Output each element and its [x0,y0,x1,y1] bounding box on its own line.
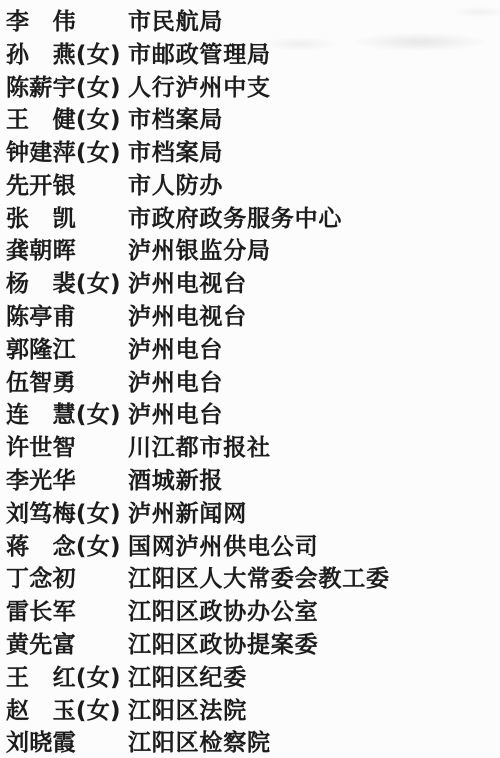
person-name: 李 伟 [6,3,128,36]
person-org: 江阳区人大常委会教工委 [128,560,390,593]
roster-row: 雷长军 江阳区政协办公室 [6,593,500,626]
person-name: 张 凯 [6,200,128,233]
person-name: 黄先富 [6,626,128,659]
person-name: 连 慧(女) [6,396,128,429]
roster-row: 王 红(女) 江阳区纪委 [6,659,500,692]
person-name: 许世智 [6,429,128,462]
person-name: 李光华 [6,462,128,495]
person-name: 刘晓霞 [6,724,128,757]
roster-row: 郭隆江 泸州电台 [6,331,500,364]
person-org: 市档案局 [128,101,223,134]
person-org: 泸州电台 [128,331,223,364]
roster-row: 蒋 念(女) 国网泸州供电公司 [6,528,500,561]
roster-row: 王 健(女) 市档案局 [6,101,500,134]
person-name: 王 红(女) [6,659,128,692]
person-name: 钟建萍(女) [6,134,128,167]
person-org: 川江都市报社 [128,429,271,462]
roster-row: 龚朝晖 泸州银监分局 [6,233,500,266]
person-name: 丁念初 [6,560,128,593]
person-org: 人行泸州中支 [128,69,271,102]
person-name: 蒋 念(女) [6,528,128,561]
roster-row: 孙 燕(女) 市邮政管理局 [6,36,500,69]
person-name: 孙 燕(女) [6,36,128,69]
roster-row: 李光华 酒城新报 [6,462,500,495]
person-org: 国网泸州供电公司 [128,528,318,561]
roster-row: 先开银 市人防办 [6,167,500,200]
person-org: 市政府政务服务中心 [128,200,342,233]
roster-row: 张 凯 市政府政务服务中心 [6,200,500,233]
person-org: 市邮政管理局 [128,36,271,69]
person-org: 江阳区检察院 [128,724,271,757]
roster-row: 丁念初 江阳区人大常委会教工委 [6,561,500,594]
person-org: 泸州新闻网 [128,495,247,528]
person-org: 江阳区政协提案委 [128,626,318,659]
document-page: 李 伟 市民航局 孙 燕(女) 市邮政管理局 陈薪宇(女) 人行泸州中支 王 健… [0,0,500,758]
roster-row: 伍智勇 泸州电台 [6,364,500,397]
roster-list: 李 伟 市民航局 孙 燕(女) 市邮政管理局 陈薪宇(女) 人行泸州中支 王 健… [6,3,500,757]
person-name: 雷长军 [6,593,128,626]
person-org: 泸州电台 [128,364,223,397]
roster-row: 刘晓霞 江阳区检察院 [6,725,500,758]
person-org: 市人防办 [128,167,223,200]
roster-row: 李 伟 市民航局 [6,3,500,36]
roster-row: 黄先富 江阳区政协提案委 [6,626,500,659]
person-org: 泸州电视台 [128,298,247,331]
person-name: 郭隆江 [6,331,128,364]
roster-row: 陈亭甫 泸州电视台 [6,298,500,331]
person-org: 酒城新报 [128,462,223,495]
roster-row: 连 慧(女) 泸州电台 [6,397,500,430]
person-name: 先开银 [6,167,128,200]
person-org: 泸州银监分局 [128,232,271,265]
person-org: 江阳区纪委 [128,659,247,692]
person-org: 市档案局 [128,134,223,167]
roster-row: 许世智 川江都市报社 [6,429,500,462]
person-name: 赵 玉(女) [6,692,128,725]
person-name: 伍智勇 [6,364,128,397]
person-org: 江阳区政协办公室 [128,593,318,626]
person-name: 杨 裴(女) [6,265,128,298]
person-name: 陈亭甫 [6,298,128,331]
person-name: 王 健(女) [6,101,128,134]
roster-row: 刘笃梅(女) 泸州新闻网 [6,495,500,528]
person-name: 刘笃梅(女) [6,495,128,528]
person-org: 江阳区法院 [128,692,247,725]
person-org: 泸州电视台 [128,265,247,298]
person-name: 龚朝晖 [6,232,128,265]
roster-row: 钟建萍(女) 市档案局 [6,134,500,167]
roster-row: 陈薪宇(女) 人行泸州中支 [6,69,500,102]
person-org: 市民航局 [128,3,223,36]
roster-row: 杨 裴(女) 泸州电视台 [6,265,500,298]
person-name: 陈薪宇(女) [6,69,128,102]
person-org: 泸州电台 [128,396,223,429]
roster-row: 赵 玉(女) 江阳区法院 [6,692,500,725]
